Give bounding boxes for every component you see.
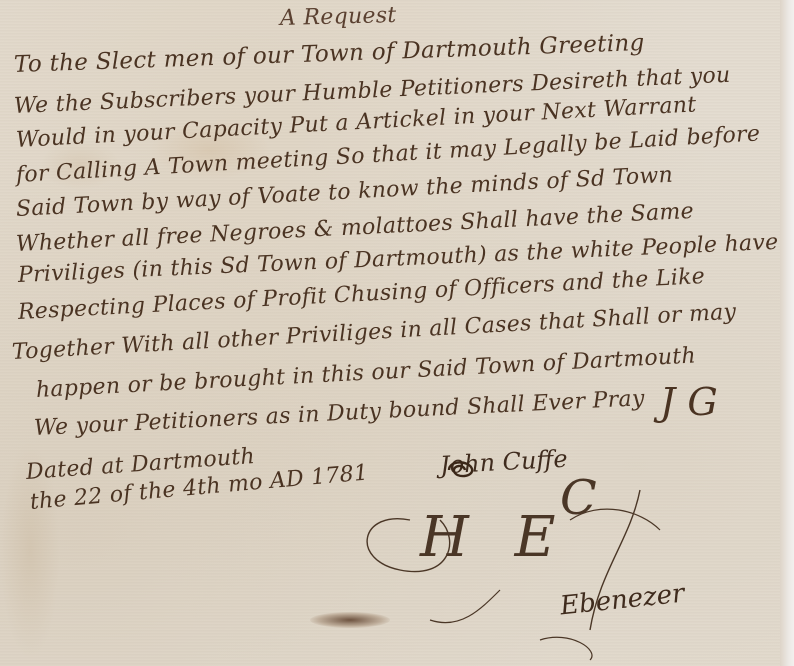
initials-flourish: J G [660,380,718,424]
document-title: A Request [280,3,397,31]
manuscript-page: A Request To the Slect men of our Town o… [0,0,794,666]
seal-scroll-icon [444,455,484,485]
signature-flourish-icon [340,480,700,660]
page-edge [780,0,794,666]
